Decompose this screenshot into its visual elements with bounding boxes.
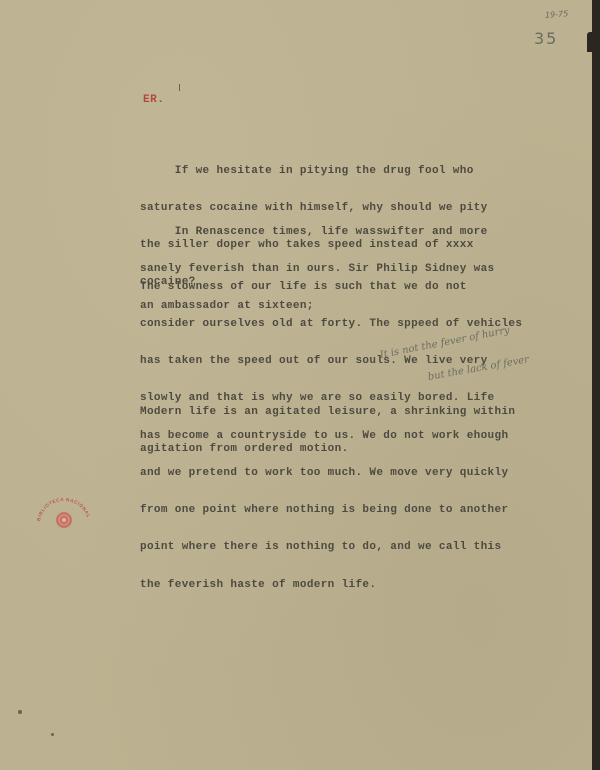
library-stamp-icon: BIBLIOTECA NACIONAL — [34, 493, 94, 537]
text-line: the feverish haste of modern life. — [140, 579, 522, 591]
text-line: agitation from ordered motion. — [140, 443, 515, 455]
header-mark: ER. — [143, 94, 164, 106]
text-line: The slowness of our life is such that we… — [140, 281, 522, 293]
folio-number: 35 — [534, 29, 558, 48]
paper-speck — [18, 710, 22, 714]
document-page: 19-75 35 ER. If we hesitate in pitying t… — [0, 0, 596, 770]
page-corner-tab — [587, 32, 592, 52]
text-line: from one point where nothing is being do… — [140, 504, 522, 516]
pencil-date-note: 19-75 — [545, 9, 569, 20]
text-line: Modern life is an agitated leisure, a sh… — [140, 406, 515, 418]
paragraph-4: Modern life is an agitated leisure, a sh… — [140, 381, 515, 480]
paper-speck — [179, 84, 180, 91]
text-line: In Renascence times, life wasswifter and… — [140, 226, 495, 238]
paper-speck — [51, 733, 54, 736]
page-edge-shadow — [592, 0, 596, 770]
text-line: If we hesitate in pitying the drug fool … — [140, 165, 488, 177]
text-line: consider ourselves old at forty. The spp… — [140, 318, 522, 330]
text-line: point where there is nothing to do, and … — [140, 541, 522, 553]
